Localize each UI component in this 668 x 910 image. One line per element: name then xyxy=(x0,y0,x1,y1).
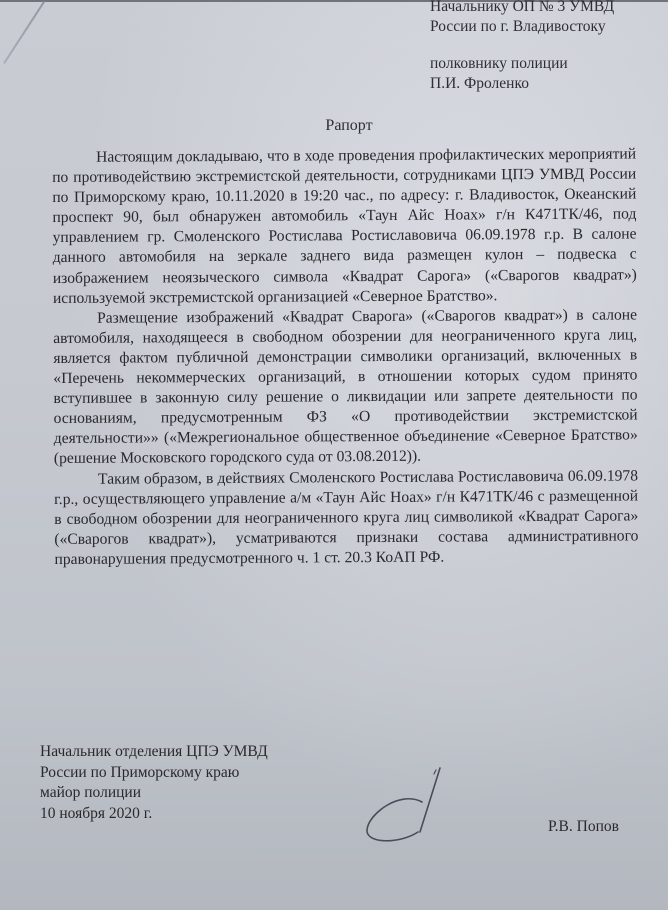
signer-name: Р.В. Попов xyxy=(548,818,619,836)
document-title: Рапорт xyxy=(0,117,668,135)
addressee-name: П.И. Фроленко xyxy=(430,74,614,94)
document-page: Начальнику ОП № 3 УМВД России по г. Влад… xyxy=(0,0,668,910)
signature-block: Начальник отделения ЦПЭ УМВД России по П… xyxy=(40,742,268,824)
report-paragraph-3: Таким образом, в действиях Смоленского Р… xyxy=(54,466,639,570)
addressee-department: России по г. Владивостоку xyxy=(430,17,614,37)
report-paragraph-2: Размещение изображений «Квадрат Сварога»… xyxy=(53,305,638,469)
addressee-block: Начальнику ОП № 3 УМВД России по г. Влад… xyxy=(430,0,614,94)
signer-department: России по Приморскому краю xyxy=(40,763,268,784)
report-body: Настоящим докладываю, что в ходе проведе… xyxy=(52,144,639,570)
report-date: 10 ноября 2020 г. xyxy=(40,804,268,825)
addressee-position: Начальнику ОП № 3 УМВД xyxy=(430,0,614,17)
report-paragraph-1: Настоящим докладываю, что в ходе проведе… xyxy=(52,144,637,308)
signer-position: Начальник отделения ЦПЭ УМВД xyxy=(40,742,268,763)
addressee-rank: полковнику полиции xyxy=(430,54,614,74)
signer-rank: майор полиции xyxy=(40,783,268,804)
handwritten-signature-icon xyxy=(360,762,450,847)
page-fold-crease xyxy=(3,0,46,64)
